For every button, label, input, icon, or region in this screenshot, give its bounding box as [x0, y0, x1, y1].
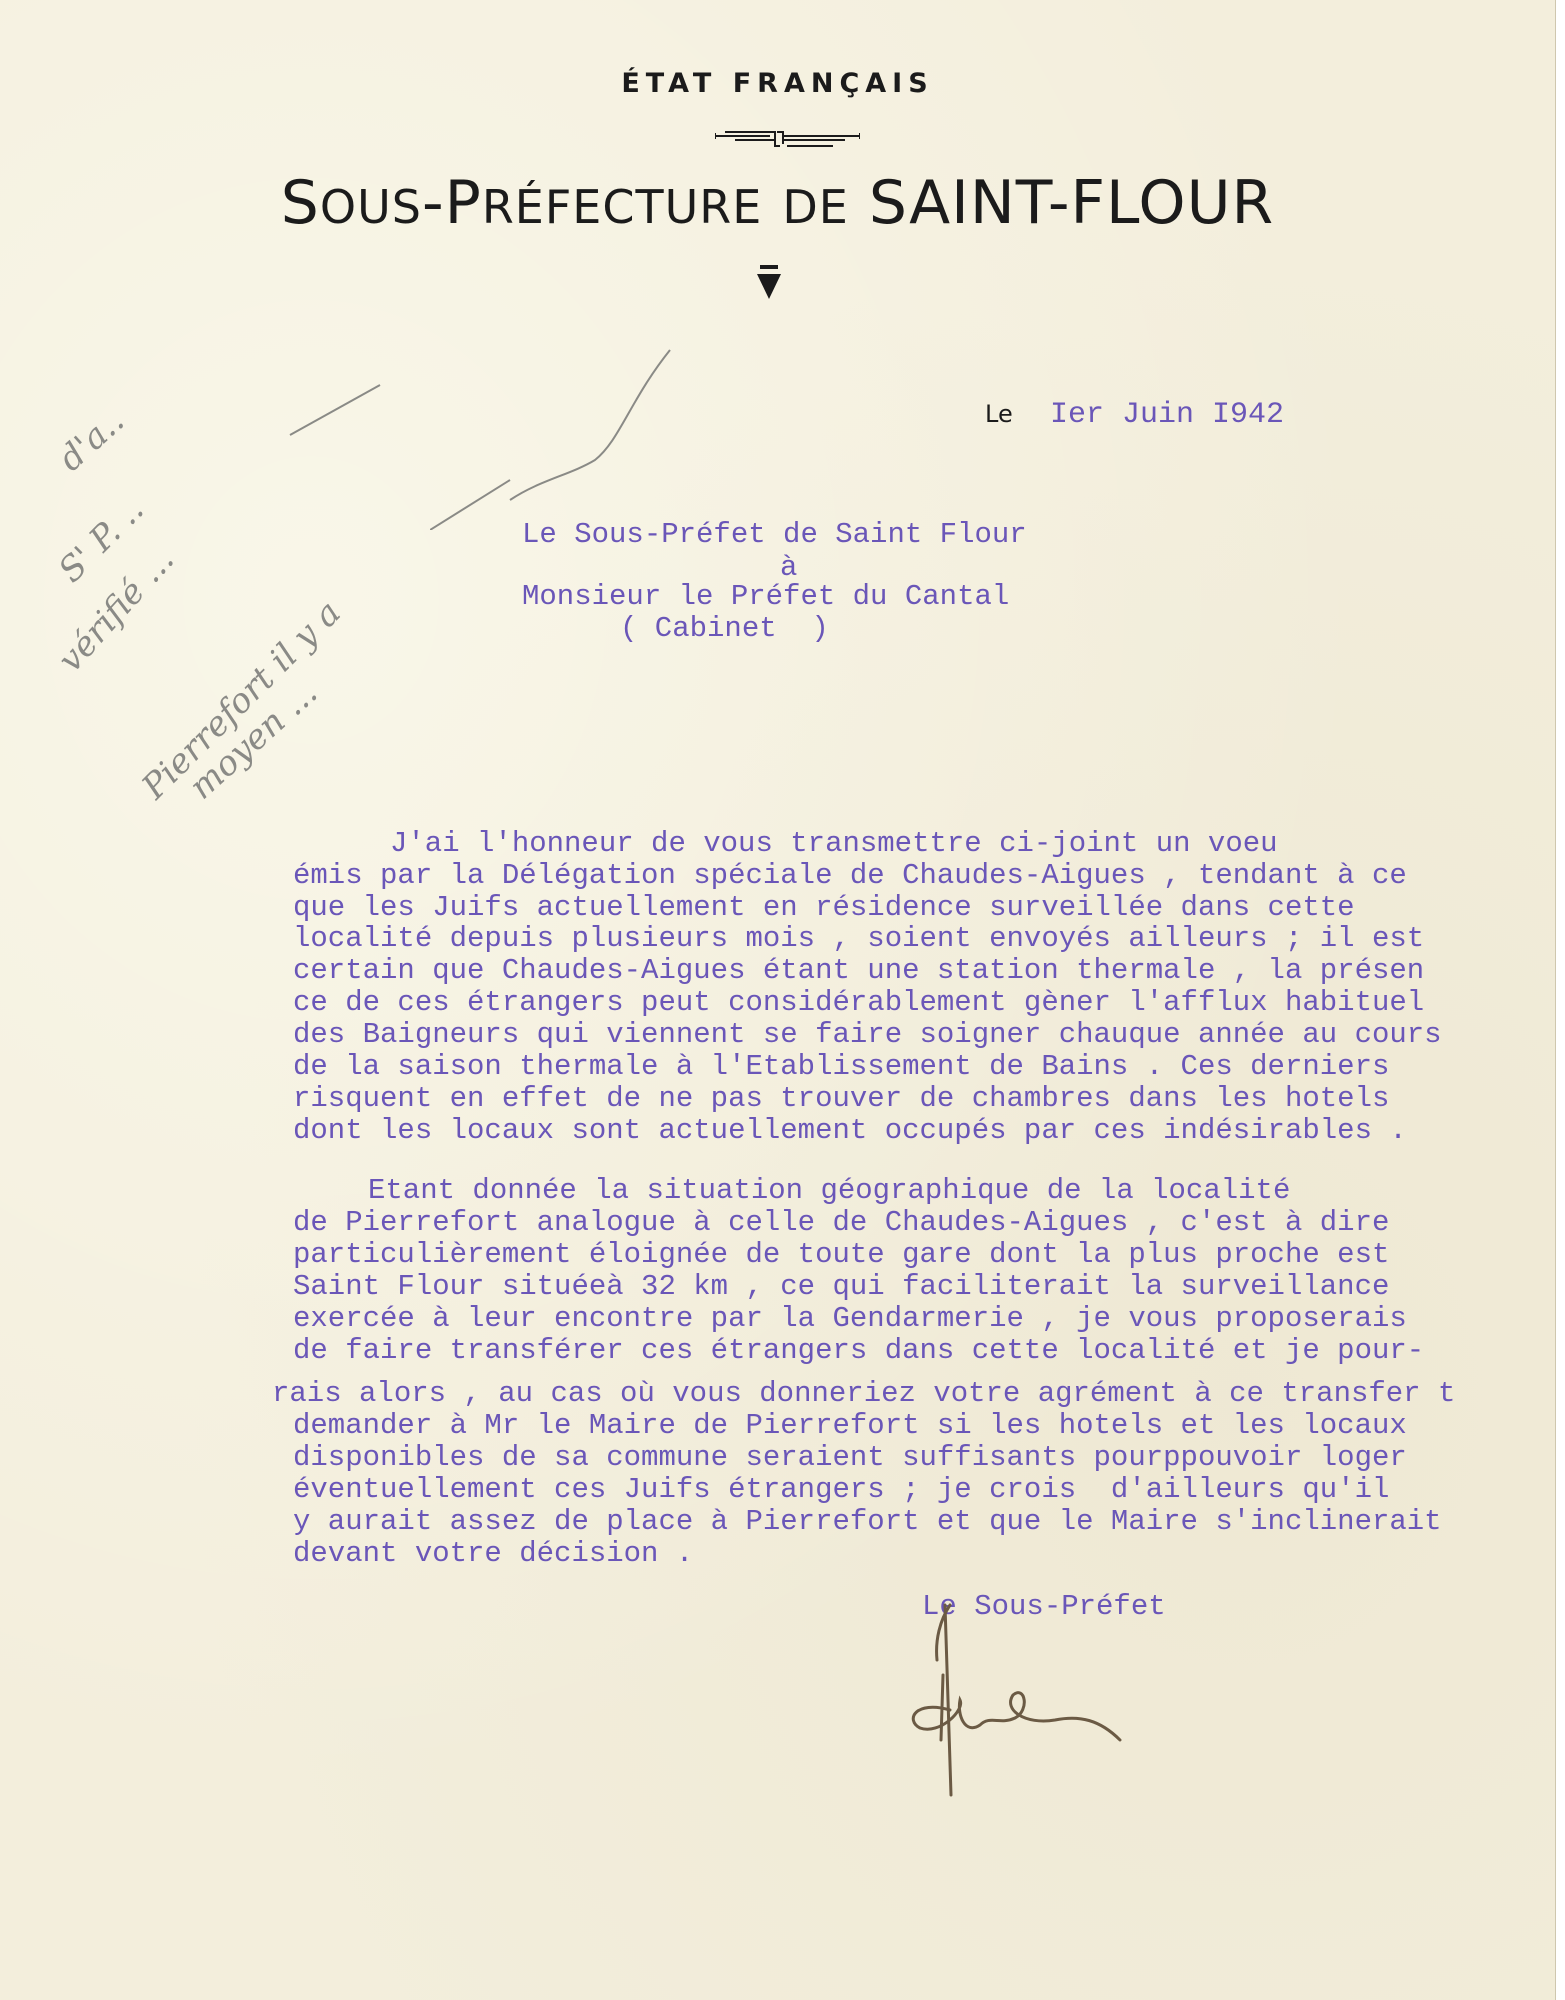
date-prefix: Le: [985, 400, 1013, 428]
body-line: ce de ces étrangers peut considérablemen…: [293, 987, 1424, 1019]
body-line: exercée à leur encontre par la Gendarmer…: [293, 1303, 1407, 1335]
body-line: Etant donnée la situation géographique d…: [368, 1175, 1290, 1207]
body-line: éventuellement ces Juifs étrangers ; je …: [293, 1474, 1389, 1506]
body-line: devant votre décision .: [293, 1538, 693, 1570]
body-line: que les Juifs actuellement en résidence …: [293, 892, 1355, 924]
body-line: Saint Flour situéeà 32 km , ce qui facil…: [293, 1271, 1389, 1303]
letter-page: ÉTAT FRANÇAIS SOUS-PRÉFECTURE DE SAINT-F…: [0, 0, 1556, 2000]
body-line: J'ai l'honneur de vous transmettre ci-jo…: [390, 828, 1278, 860]
handwritten-signature: [905, 1600, 1135, 1800]
body-line: demander à Mr le Maire de Pierrefort si …: [293, 1410, 1407, 1442]
body-line: de faire transférer ces étrangers dans c…: [293, 1335, 1424, 1367]
triangle-mark-icon: [757, 265, 781, 299]
letterhead-title: SOUS-PRÉFECTURE DE SAINT-FLOUR: [0, 168, 1555, 238]
body-line: des Baigneurs qui viennent se faire soig…: [293, 1019, 1442, 1051]
pencil-annotation: d'a..: [51, 401, 132, 480]
pencil-stroke: [430, 340, 680, 530]
pencil-stroke: [285, 380, 385, 440]
body-line: de la saison thermale à l'Etablissement …: [293, 1051, 1389, 1083]
body-line: émis par la Délégation spéciale de Chaud…: [293, 860, 1407, 892]
body-line: de Pierrefort analogue à celle de Chaude…: [293, 1207, 1389, 1239]
recipient-line: Monsieur le Préfet du Cantal: [522, 580, 1009, 613]
body-line: risquent en effet de ne pas trouver de c…: [293, 1083, 1389, 1115]
body-line: y aurait assez de place à Pierrefort et …: [293, 1506, 1442, 1538]
letter-date: Ier Juin I942: [1050, 398, 1284, 432]
body-line: certain que Chaudes-Aigues étant une sta…: [293, 955, 1424, 987]
ornament-icon: [715, 128, 860, 150]
body-line: particulièrement éloignée de toute gare …: [293, 1239, 1389, 1271]
body-line: dont les locaux sont actuellement occupé…: [293, 1115, 1407, 1147]
recipient-office: ( Cabinet ): [620, 612, 829, 645]
body-line: rais alors , au cas où vous donneriez vo…: [272, 1378, 1455, 1410]
body-line: localité depuis plusieurs mois , soient …: [293, 923, 1424, 955]
body-line: disponibles de sa commune seraient suffi…: [293, 1442, 1407, 1474]
letterhead-state: ÉTAT FRANÇAIS: [0, 68, 1555, 99]
